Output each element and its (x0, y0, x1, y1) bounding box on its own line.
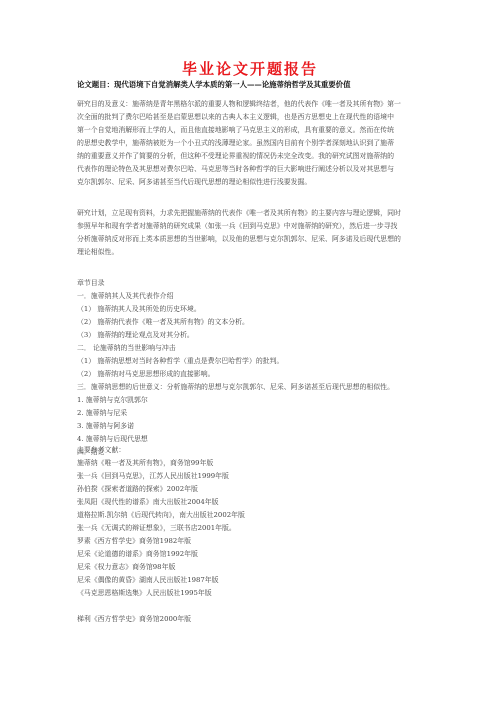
reference-item: 梯利《西方哲学史》商务馆2000年版 (77, 613, 437, 626)
reference-item: 《马克思恩格斯选集》人民出版社1995年版 (77, 587, 437, 600)
reference-item: 张凤阳《现代性的谱系》南大出版社2004年版 (77, 496, 437, 509)
document-page: 毕业论文开题报告 论文题目：现代语境下自觉消解类人学本质的第一人——论施蒂纳哲学… (0, 0, 500, 707)
paragraph-line: 研究计划，立足现有资料，力求先把握施蒂纳的代表作《唯一者及其所有物》的主要内容与… (77, 207, 429, 220)
reference-item: 尼采《权力意志》商务馆98年版 (77, 561, 437, 574)
reference-item: 施蒂纳《唯一者及其所有物》，商务馆99年版 (77, 457, 437, 470)
reference-item: 道格拉斯.凯尔纳《后现代转向》，南大出版社2002年版 (77, 509, 437, 522)
paragraph-line: 代表作的理论特色及其思想对费尔巴哈、马克思等当时各种哲学的巨大影响进行阐述分析以… (77, 163, 429, 176)
toc-item: 二． 论施蒂纳的当世影响与冲击 (77, 342, 437, 355)
toc-item: （2） 施蒂纳对马克思思想形成的直接影响。 (77, 368, 437, 381)
paragraph-line: 理论相似性。 (77, 246, 429, 259)
paragraph-line: 克尔凯郭尔、尼采、阿多诺甚至当代后现代思想的理论相似性进行浅要发掘。 (77, 176, 429, 189)
toc-item: （2） 施蒂纳代表作《唯一者及其所有物》的文本分析。 (77, 316, 437, 329)
toc-item: 3. 施蒂纳与阿多诺 (77, 420, 437, 433)
paragraph-line: 的思想史教学中，施蒂纳被贬为一个小丑式的浅薄理论家。虽然国内目前有个别学者深刻地… (77, 137, 429, 150)
spacer (77, 600, 437, 613)
reference-item: 尼采《论道德的谱系》商务馆1992年版 (77, 548, 437, 561)
paragraph-line: 研究目的及意义：施蒂纳是青年黑格尔派的重要人物和逻辑终结者，他的代表作《唯一者及… (77, 98, 429, 111)
references-heading: 主要参考文献： (77, 444, 437, 457)
toc-item: 1. 施蒂纳与克尔凯郭尔 (77, 394, 437, 407)
toc-item: 一．施蒂纳其人及其代表作介绍 (77, 290, 437, 303)
toc-item: （1） 施蒂纳思想对当时各种哲学（重点是费尔巴哈哲学）的批判。 (77, 355, 437, 368)
paragraph-line: 分析施蒂纳反对形而上类本质思想的当世影响，以及他的思想与克尔凯郭尔、尼采、阿多诺… (77, 233, 429, 246)
paragraph-line: 第一个自觉地消解形而上学的人，而且他直接地影响了马克思主义的形成，具有重要的意义… (77, 124, 429, 137)
paragraph-line: 纳的重要意义并作了简要的分析，但这种不受理论界重视的情况仍未完全改变。我的研究试… (77, 150, 429, 163)
thesis-subtitle: 论文题目：现代语境下自觉消解类人学本质的第一人——论施蒂纳哲学及其重要价值 (77, 79, 350, 90)
research-purpose-paragraph: 研究目的及意义：施蒂纳是青年黑格尔派的重要人物和逻辑终结者，他的代表作《唯一者及… (77, 98, 429, 189)
reference-item: 张一兵《回到马克思》，江苏人民出版社1999年版 (77, 470, 437, 483)
references-list: 主要参考文献： 施蒂纳《唯一者及其所有物》，商务馆99年版 张一兵《回到马克思》… (77, 444, 437, 626)
paragraph-line: 参照早年和现有学者对施蒂纳的研究成果（如张一兵《回到马克思》中对施蒂纳的研究），… (77, 220, 429, 233)
toc-item: （3） 施蒂纳的理论观点及对其分析。 (77, 329, 437, 342)
reference-item: 尼采《偶像的黄昏》湖南人民出版社1987年版 (77, 574, 437, 587)
paragraph-line: 次全面的批判了费尔巴哈甚至是启蒙思想以来的古典人本主义逻辑，也是西方思想史上在现… (77, 111, 429, 124)
toc-item: 三．施蒂纳思想的后世意义：分析施蒂纳的思想与克尔凯郭尔、尼采、阿多诺甚至后现代思… (77, 381, 437, 394)
table-of-contents: 章节目录 一．施蒂纳其人及其代表作介绍 （1） 施蒂纳其人及其所处的历史环境。 … (77, 277, 437, 459)
research-plan-paragraph: 研究计划，立足现有资料，力求先把握施蒂纳的代表作《唯一者及其所有物》的主要内容与… (77, 207, 429, 259)
toc-heading: 章节目录 (77, 277, 437, 290)
reference-item: 孙伯揆《探索者道路的探索》2002年版 (77, 483, 437, 496)
page-title: 毕业论文开题报告 (0, 58, 500, 79)
reference-item: 张一兵《无调式的辩证想象》，三联书店2001年版。 (77, 522, 437, 535)
toc-item: 2. 施蒂纳与尼采 (77, 407, 437, 420)
toc-item: （1） 施蒂纳其人及其所处的历史环境。 (77, 303, 437, 316)
reference-item: 罗素《西方哲学史》商务馆1982年版 (77, 535, 437, 548)
